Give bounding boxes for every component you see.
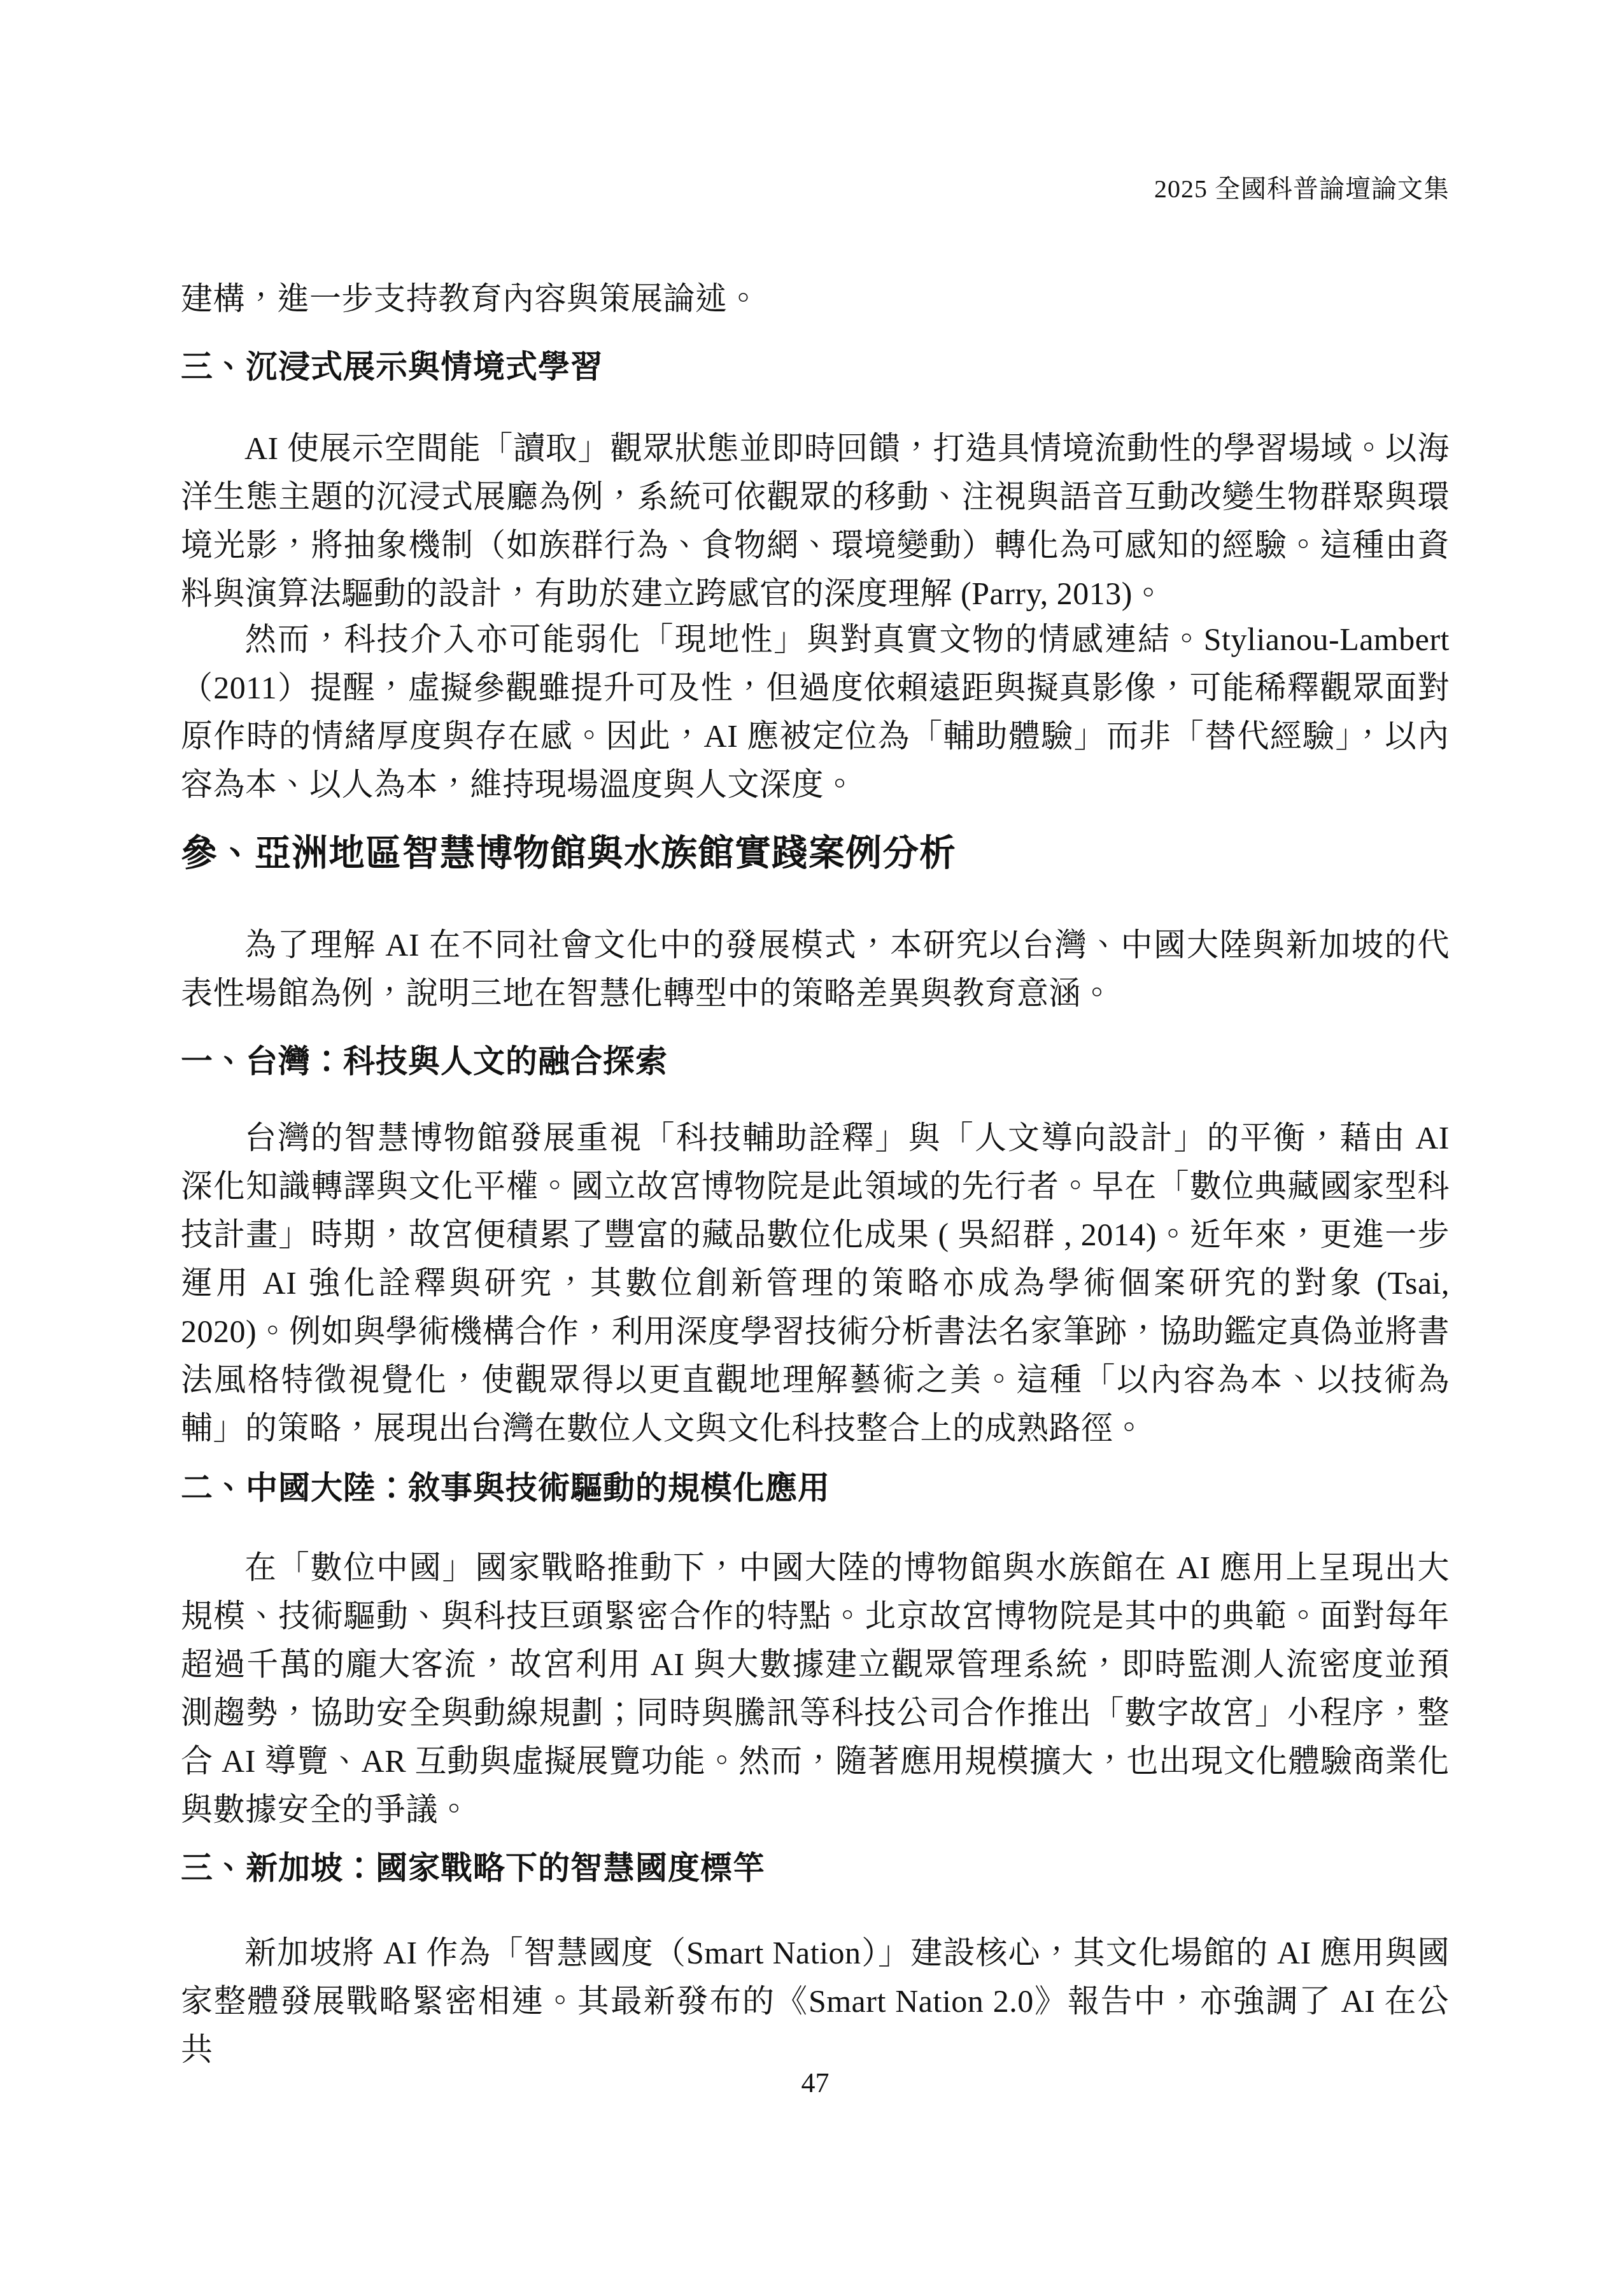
section-heading-part3-asia-cases: 參、亞洲地區智慧博物館與水族館實踐案例分析 (181, 831, 1450, 876)
continuation-paragraph-line: 建構，進一步支持教育內容與策展論述。 (181, 274, 1450, 323)
paragraph-taiwan: 台灣的智慧博物館發展重視「科技輔助詮釋」與「人文導向設計」的平衡，藉由 AI 深… (181, 1114, 1450, 1452)
paragraph-immersive-1: AI 使展示空間能「讀取」觀眾狀態並即時回饋，打造具情境流動性的學習場域。以海洋… (181, 424, 1450, 618)
subsection-heading-immersive-learning: 三、沉浸式展示與情境式學習 (181, 347, 1450, 386)
subsection-heading-china: 二、中國大陸：敘事與技術驅動的規模化應用 (181, 1468, 1450, 1508)
subsection-heading-taiwan: 一、台灣：科技與人文的融合探索 (181, 1042, 1450, 1081)
paragraph-immersive-2: 然而，科技介入亦可能弱化「現地性」與對真實文物的情感連結。Stylianou-L… (181, 615, 1450, 809)
paragraph-singapore: 新加坡將 AI 作為「智慧國度（Smart Nation）」建設核心，其文化場館… (181, 1928, 1450, 2074)
page-number: 47 (181, 2067, 1450, 2100)
subsection-heading-singapore: 三、新加坡：國家戰略下的智慧國度標竿 (181, 1848, 1450, 1888)
paragraph-part3-intro: 為了理解 AI 在不同社會文化中的發展模式，本研究以台灣、中國大陸與新加坡的代表… (181, 921, 1450, 1017)
paragraph-china: 在「數位中國」國家戰略推動下，中國大陸的博物館與水族館在 AI 應用上呈現出大規… (181, 1543, 1450, 1834)
running-header: 2025 全國科普論壇論文集 (181, 173, 1450, 205)
proceedings-page: 2025 全國科普論壇論文集 建構，進一步支持教育內容與策展論述。 三、沉浸式展… (0, 0, 1624, 2278)
